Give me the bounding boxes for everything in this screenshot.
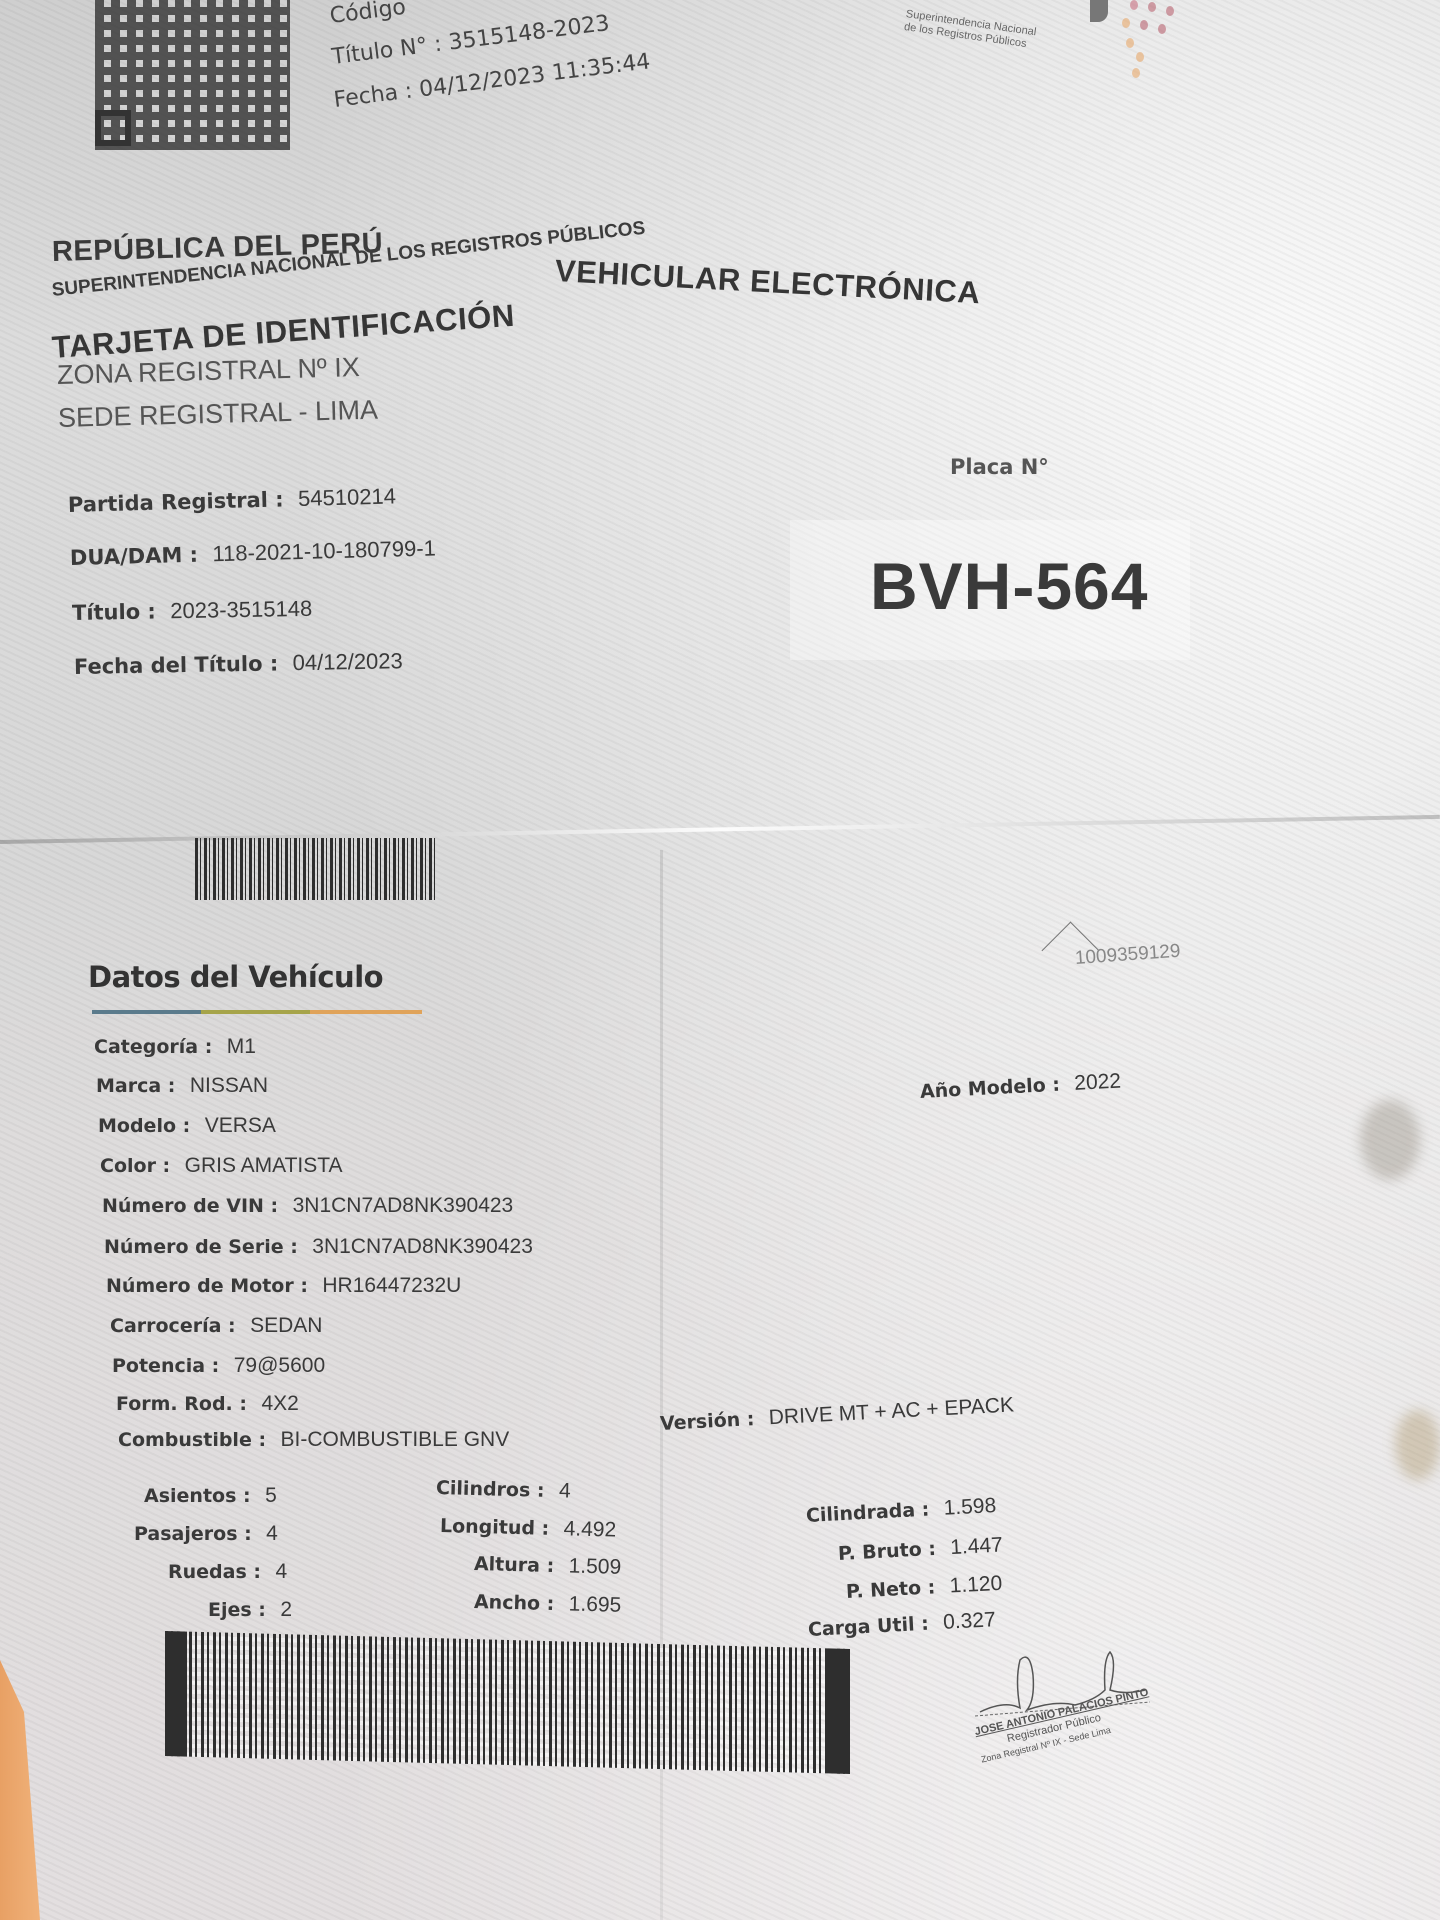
ejes-label: Ejes : — [208, 1599, 266, 1621]
categoria-label: Categoría : — [94, 1036, 212, 1058]
asientos-field: Asientos : 5 — [144, 1484, 277, 1508]
version-label: Versión : — [659, 1408, 755, 1435]
form-rod-field: Form. Rod. : 4X2 — [116, 1392, 299, 1416]
cilindros-label: Cilindros : — [436, 1477, 545, 1502]
ancho-value: 1.695 — [568, 1592, 621, 1616]
fecha-titulo-label: Fecha del Título : — [74, 651, 279, 679]
placa-label: Placa N° — [950, 455, 1049, 479]
potencia-value: 79@5600 — [234, 1354, 325, 1377]
form-rod-label: Form. Rod. : — [116, 1393, 247, 1415]
cilindrada-value: 1.598 — [943, 1494, 997, 1520]
p-neto-value: 1.120 — [949, 1572, 1003, 1598]
sunarp-logo-icon — [1090, 0, 1108, 22]
ancho-field: Ancho : 1.695 — [474, 1590, 622, 1618]
section-underline — [92, 1010, 422, 1014]
modelo-value: VERSA — [205, 1114, 276, 1137]
longitud-label: Longitud : — [440, 1515, 550, 1540]
stain — [1360, 1100, 1420, 1180]
potencia-field: Potencia : 79@5600 — [112, 1354, 325, 1378]
combustible-value: BI-COMBUSTIBLE GNV — [281, 1428, 510, 1451]
pasajeros-field: Pasajeros : 4 — [134, 1522, 278, 1546]
categoria-value: M1 — [227, 1035, 256, 1058]
marca-value: NISSAN — [190, 1074, 268, 1097]
modelo-label: Modelo : — [98, 1115, 190, 1137]
motor-label: Número de Motor : — [106, 1275, 308, 1297]
pasajeros-label: Pasajeros : — [134, 1523, 252, 1545]
titulo-value: 2023-3515148 — [170, 596, 312, 623]
vin-label: Número de VIN : — [102, 1195, 278, 1217]
placa-value: BVH-564 — [870, 548, 1148, 624]
ruedas-label: Ruedas : — [168, 1561, 261, 1583]
motor-value: HR16447232U — [322, 1274, 461, 1297]
altura-label: Altura : — [474, 1553, 555, 1577]
serie-label: Número de Serie : — [104, 1236, 298, 1258]
altura-field: Altura : 1.509 — [474, 1552, 622, 1580]
potencia-label: Potencia : — [112, 1355, 219, 1377]
p-bruto-value: 1.447 — [950, 1533, 1004, 1559]
color-field: Color : GRIS AMATISTA — [100, 1154, 343, 1178]
asientos-value: 5 — [265, 1484, 277, 1507]
motor-field: Número de Motor : HR16447232U — [106, 1274, 461, 1298]
serie-value: 3N1CN7AD8NK390423 — [312, 1235, 533, 1258]
carroceria-label: Carrocería : — [110, 1315, 236, 1337]
marca-label: Marca : — [96, 1075, 175, 1097]
cilindros-value: 4 — [559, 1479, 571, 1502]
p-bruto-label: P. Bruto : — [837, 1538, 936, 1565]
serie-field: Número de Serie : 3N1CN7AD8NK390423 — [104, 1235, 533, 1259]
carga-util-value: 0.327 — [943, 1608, 997, 1634]
carroceria-field: Carrocería : SEDAN — [110, 1314, 322, 1338]
pdf417-barcode — [165, 1631, 850, 1774]
titulo-label: Título : — [72, 600, 156, 625]
qr-finder-pattern — [95, 110, 131, 146]
combustible-label: Combustible : — [118, 1429, 266, 1451]
ruedas-field: Ruedas : 4 — [168, 1560, 287, 1584]
partida-registral-value: 54510214 — [298, 483, 397, 511]
titulo-field: Título : 2023-3515148 — [72, 596, 313, 626]
pasajeros-value: 4 — [266, 1522, 278, 1545]
datos-vehiculo-title: Datos del Vehículo — [88, 960, 383, 994]
partida-registral-label: Partida Registral : — [68, 487, 284, 517]
cilindros-field: Cilindros : 4 — [436, 1476, 571, 1504]
small-barcode — [195, 838, 435, 900]
carroceria-value: SEDAN — [250, 1314, 322, 1337]
fecha-titulo-value: 04/12/2023 — [292, 648, 403, 675]
modelo-field: Modelo : VERSA — [98, 1114, 276, 1138]
ancho-label: Ancho : — [474, 1591, 555, 1615]
ruedas-value: 4 — [275, 1560, 287, 1583]
vin-field: Número de VIN : 3N1CN7AD8NK390423 — [102, 1194, 513, 1218]
stain — [1395, 1410, 1440, 1480]
combustible-field: Combustible : BI-COMBUSTIBLE GNV — [118, 1428, 509, 1452]
asientos-label: Asientos : — [144, 1485, 251, 1507]
color-value: GRIS AMATISTA — [185, 1154, 343, 1177]
ejes-field: Ejes : 2 — [208, 1598, 292, 1622]
longitud-field: Longitud : 4.492 — [440, 1514, 617, 1543]
p-neto-label: P. Neto : — [845, 1576, 935, 1603]
form-rod-value: 4X2 — [261, 1392, 298, 1415]
dua-dam-value: 118-2021-10-180799-1 — [212, 535, 436, 566]
altura-value: 1.509 — [568, 1554, 621, 1578]
dua-dam-label: DUA/DAM : — [70, 543, 199, 570]
sunarp-logo-dots-icon — [1120, 0, 1200, 80]
categoria-field: Categoría : M1 — [94, 1035, 256, 1059]
vin-value: 3N1CN7AD8NK390423 — [293, 1194, 514, 1217]
ejes-value: 2 — [280, 1598, 292, 1621]
marca-field: Marca : NISSAN — [96, 1074, 268, 1098]
anio-modelo-value: 2022 — [1074, 1069, 1122, 1094]
color-label: Color : — [100, 1155, 170, 1177]
longitud-value: 4.492 — [563, 1517, 616, 1541]
